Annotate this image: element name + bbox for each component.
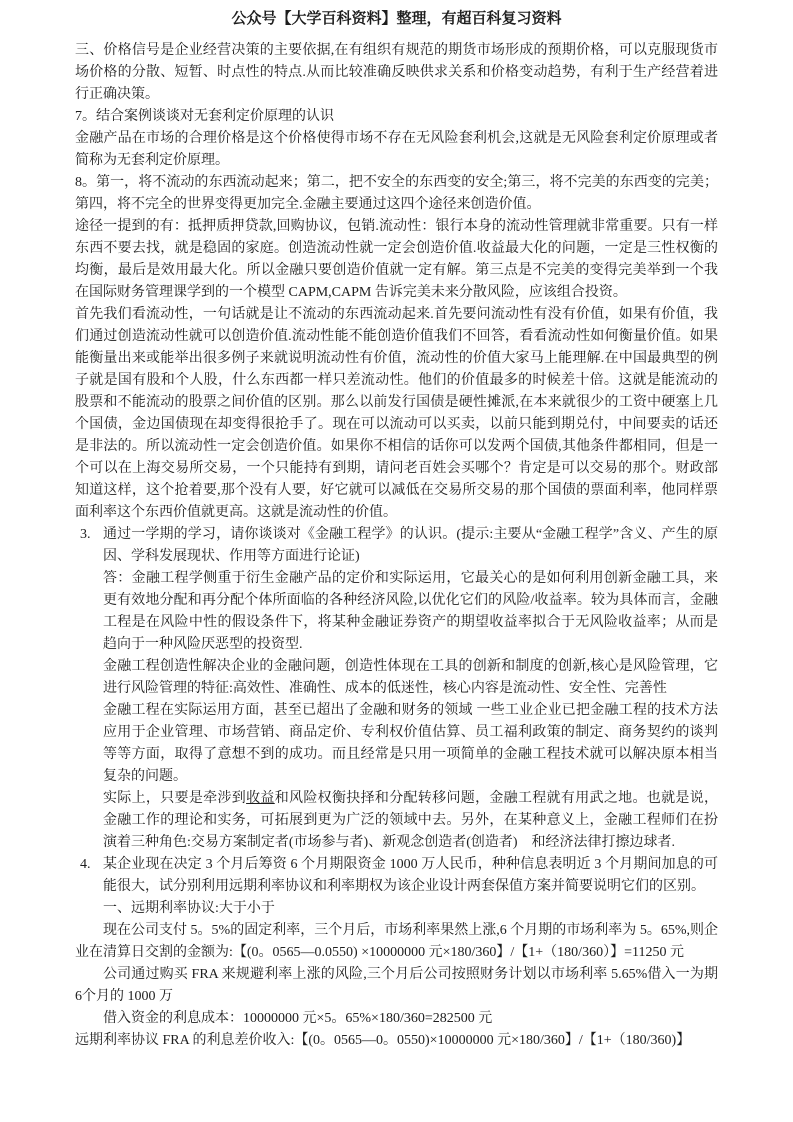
document-page: 公众号【大学百科资料】整理，有超百科复习资料 三、价格信号是企业经营决策的主要依… xyxy=(0,0,793,1122)
question-7-answer: 金融产品在市场的合理价格是这个价格使得市场不存在无风险套利机会,这就是无风险套利… xyxy=(75,128,718,172)
list-item-question-4: 4. 某企业现在决定 3 个月后筹资 6 个月期限资金 1000 万人民币，种种… xyxy=(75,854,718,898)
question-3-answer-block: 答：金融工程学侧重于衍生金融产品的定价和实际运用，它最关心的是如何利用创新金融工… xyxy=(103,568,718,854)
question-4-plan-1-heading: 一、远期利率协议:大于小于 xyxy=(75,898,718,920)
question-4-plan-1-paragraph-2: 公司通过购买 FRA 来规避利率上涨的风险,三个月后公司按照财务计划以市场利率 … xyxy=(75,964,718,1008)
question-8-detail-liquidity-value: 首先我们看流动性，一句话就是让不流动的东西流动起来.首先要问流动性有没有价值，如… xyxy=(75,304,718,524)
page-header-title: 公众号【大学百科资料】整理，有超百科复习资料 xyxy=(75,8,718,30)
question-8-answer: 8。第一，将不流动的东西流动起来；第二，把不安全的东西变的安全;第三，将不完美的… xyxy=(75,172,718,216)
question-3-answer-1: 答：金融工程学侧重于衍生金融产品的定价和实际运用，它最关心的是如何利用创新金融工… xyxy=(103,568,718,656)
question-3-answer-3: 金融工程在实际运用方面，甚至已超出了金融和财务的领域 一些工业企业已把金融工程的… xyxy=(103,700,718,788)
question-4-plan-1-paragraph-3: 借入资金的利息成本：10000000 元×5。65%×180/360=28250… xyxy=(75,1008,718,1030)
question-4-plan-1-paragraph-4: 远期利率协议 FRA 的利息差价收入:【(0。0565—0。0550)×1000… xyxy=(75,1030,718,1052)
question-4-plan-1-paragraph-1: 现在公司支付 5。5%的固定利率，三个月后，市场利率果然上涨,6 个月期的市场利… xyxy=(75,920,718,964)
paragraph-price-signal: 三、价格信号是企业经营决策的主要依据,在有组织有规范的期货市场形成的预期价格，可… xyxy=(75,40,718,106)
question-8-detail-liquidity: 途径一提到的有：抵押质押贷款,回购协议，包销.流动性：银行本身的流动性管理就非常… xyxy=(75,216,718,304)
answer-4-pre-text: 实际上，只要是牵涉到 xyxy=(103,791,246,806)
list-number-4: 4. xyxy=(75,854,103,898)
list-item-question-3: 3. 通过一学期的学习，请你谈谈对《金融工程学》的认识。(提示:主要从“金融工程… xyxy=(75,524,718,568)
question-3-text: 通过一学期的学习，请你谈谈对《金融工程学》的认识。(提示:主要从“金融工程学”含… xyxy=(103,524,718,568)
question-7-heading: 7。结合案例谈谈对无套利定价原理的认识 xyxy=(75,106,718,128)
question-3-answer-2: 金融工程创造性解决企业的金融问题，创造性体现在工具的创新和制度的创新,核心是风险… xyxy=(103,656,718,700)
question-3-answer-4: 实际上，只要是牵涉到收益和风险权衡抉择和分配转移问题，金融工程就有用武之地。也就… xyxy=(103,788,718,854)
question-4-text: 某企业现在决定 3 个月后筹资 6 个月期限资金 1000 万人民币，种种信息表… xyxy=(103,854,718,898)
list-number-3: 3. xyxy=(75,524,103,568)
answer-4-underlined-text: 收益 xyxy=(246,791,275,806)
